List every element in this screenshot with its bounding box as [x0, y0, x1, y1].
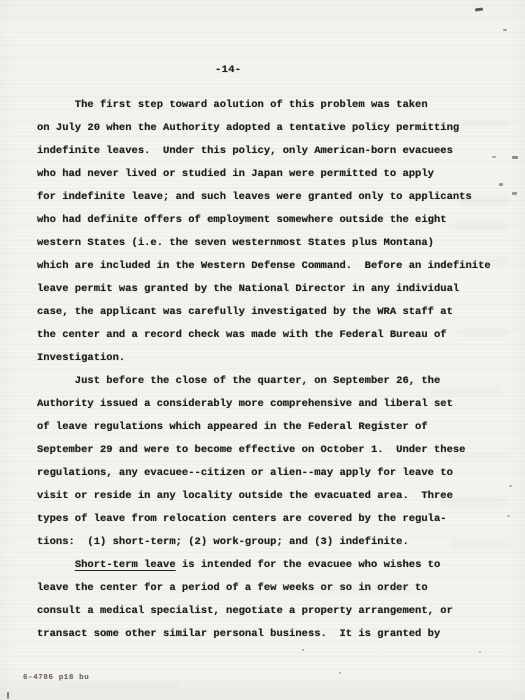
text-line: the center and a record check was made w…: [37, 324, 507, 347]
text-line: on July 20 when the Authority adopted a …: [37, 117, 507, 140]
text-line: types of leave from relocation centers a…: [37, 508, 507, 531]
scan-speck: [512, 192, 517, 195]
text-line: regulations, any evacuee--citizen or ali…: [37, 462, 507, 485]
scan-speck: [503, 29, 507, 31]
scan-speck: [499, 183, 503, 186]
scan-speck: [7, 692, 9, 699]
text-line: who had definite offers of employment so…: [37, 209, 507, 232]
text-line: indefinite leaves. Under this policy, on…: [37, 140, 507, 163]
text-line: Short-term leave is intended for the eva…: [37, 554, 507, 577]
text-line: which are included in the Western Defens…: [37, 255, 507, 278]
text-line: of leave regulations which appeared in t…: [37, 416, 507, 439]
text-line: visit or reside in any locality outside …: [37, 485, 507, 508]
bleedthrough-smudge: [432, 388, 502, 396]
bleedthrough-smudge: [448, 222, 508, 229]
scan-speck: [507, 515, 510, 517]
text-line: case, the applicant was carefully invest…: [37, 301, 507, 324]
scan-speck: [492, 156, 496, 158]
underlined-term: Short-term leave: [75, 559, 176, 571]
text-line: tions: (1) short-term; (2) work-group; a…: [37, 531, 507, 554]
text-line: Authority issued a considerably more com…: [37, 393, 507, 416]
scan-speck: [479, 651, 481, 653]
bleedthrough-smudge: [300, 585, 420, 593]
text-line-rest: is intended for the evacuee who wishes t…: [176, 559, 441, 571]
text-line: consult a medical specialist, negotiate …: [37, 600, 507, 623]
paragraph-indent: [37, 559, 75, 571]
scan-speck: [302, 649, 304, 651]
text-line: transact some other similar personal bus…: [37, 623, 507, 646]
text-line: for indefinite leave; and such leaves we…: [37, 186, 507, 209]
text-line: The first step toward aolution of this p…: [37, 94, 507, 117]
text-line: western States (i.e. the seven westernmo…: [37, 232, 507, 255]
text-line: Investigation.: [37, 347, 507, 370]
scan-speck: [475, 7, 483, 11]
text-line: leave permit was granted by the National…: [37, 278, 507, 301]
scan-speck: [509, 485, 512, 487]
document-page: -14- The first step toward aolution of t…: [0, 0, 525, 700]
text-line: leave the center for a period of a few w…: [37, 577, 507, 600]
bleedthrough-smudge: [60, 683, 180, 689]
scan-speck: [512, 156, 518, 159]
bleedthrough-smudge: [455, 330, 510, 337]
page-number: -14-: [215, 64, 241, 76]
scan-speck: [339, 672, 341, 674]
bleedthrough-smudge: [460, 258, 510, 265]
bleedthrough-smudge: [458, 196, 510, 204]
bleedthrough-smudge: [455, 120, 510, 127]
text-line: September 29 and were to become effectiv…: [37, 439, 507, 462]
bleedthrough-smudge: [450, 452, 510, 460]
bleedthrough-smudge: [452, 540, 510, 548]
bleedthrough-smudge: [440, 498, 506, 506]
print-code-stamp: 6-4786 p18 bu: [23, 674, 89, 682]
document-body: The first step toward aolution of this p…: [37, 94, 507, 646]
text-line: who had never lived or studied in Japan …: [37, 163, 507, 186]
